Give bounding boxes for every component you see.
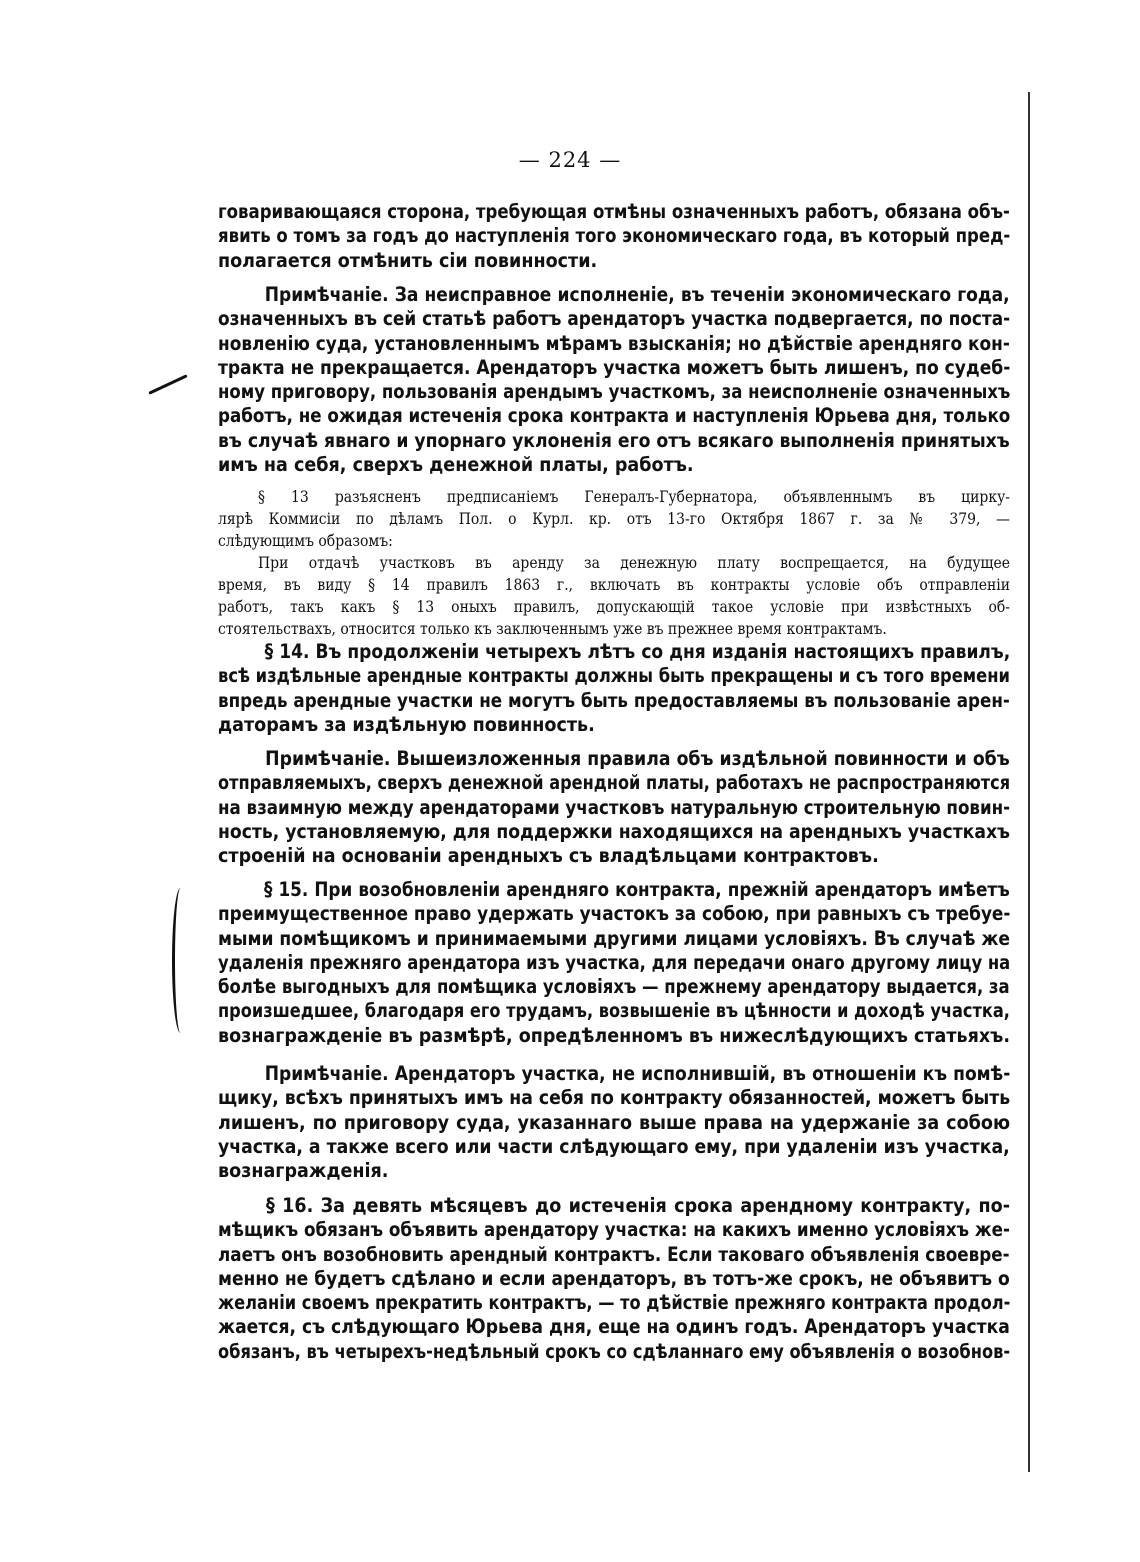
text-line: на взаимную между арендаторами участковъ…: [218, 796, 1010, 820]
text-line: лаетъ онъ возобновить арендный контрактъ…: [218, 1243, 1010, 1267]
text-line: Примѣчаніе. Вышеизложенныя правила объ и…: [218, 747, 1010, 771]
text-line: При отдачѣ участковъ въ аренду за денежн…: [218, 552, 1010, 574]
paragraph-section-14: § 14. Въ продолженіи четырехъ лѣтъ со дн…: [218, 640, 1010, 737]
text-line: § 14. Въ продолженіи четырехъ лѣтъ со дн…: [218, 640, 1010, 664]
text-line: менно не будетъ сдѣлано и если арендатор…: [218, 1267, 1010, 1291]
paragraph-note-3: Примѣчаніе. Арендаторъ участка, не испол…: [218, 1062, 1010, 1183]
text-line: строеній на основаніи арендныхъ съ владѣ…: [218, 844, 1010, 868]
text-line: даторамъ за издѣльную повинность.: [218, 713, 1010, 737]
paragraph-commentary: § 13 разъясненъ предписаніемъ Генералъ-Г…: [218, 486, 1010, 640]
text-line: тракта не прекращается. Арендаторъ участ…: [218, 356, 1010, 380]
text-line: говаривающаяся сторона, требующая отмѣны…: [218, 200, 1010, 224]
text-line: всѣ издѣльные арендные контракты должны …: [218, 664, 1010, 688]
text-line: § 16. За девять мѣсяцевъ до истеченія ср…: [218, 1194, 1010, 1218]
text-line: жается, съ слѣдующаго Юрьева дня, еще на…: [218, 1315, 1010, 1339]
text-line: Примѣчаніе. За неисправное исполненіе, в…: [218, 283, 1010, 307]
text-line: обязанъ, въ четырехъ-недѣльный срокъ со …: [218, 1340, 1010, 1364]
text-line: имъ на себя, сверхъ денежной платы, рабо…: [218, 453, 1010, 477]
text-line: отправляемыхъ, сверхъ денежной арендной …: [218, 771, 1010, 795]
text-line: удаленія прежняго арендатора изъ участка…: [218, 951, 1010, 975]
text-line: участка, а также всего или части слѣдующ…: [218, 1135, 1010, 1159]
paragraph-section-16: § 16. За девять мѣсяцевъ до истеченія ср…: [218, 1194, 1010, 1364]
text-line: полагается отмѣнить сіи повинности.: [218, 249, 1010, 273]
text-line: новленію суда, установленнымъ мѣрамъ взы…: [218, 332, 1010, 356]
text-line: произшедшее, благодаря его трудамъ, возв…: [218, 999, 1010, 1023]
text-line: ному приговору, пользованія арендымъ уча…: [218, 380, 1010, 404]
pen-stroke-mark-icon: [148, 374, 187, 394]
document-page: — 224 — говаривающаяся сторона, требующа…: [0, 0, 1140, 1562]
text-line: стоятельствахъ, относится только къ закл…: [218, 618, 1010, 640]
text-line: слѣдующимъ образомъ:: [218, 530, 1010, 552]
text-line: преимущественное право удержать участокъ…: [218, 902, 1010, 926]
text-line: щику, всѣхъ принятыхъ имъ на себя по кон…: [218, 1086, 1010, 1110]
paragraph-continuation: говаривающаяся сторона, требующая отмѣны…: [218, 200, 1010, 273]
paragraph-note-1: Примѣчаніе. За неисправное исполненіе, в…: [218, 283, 1010, 477]
text-line: въ случаѣ явнаго и упорнаго уклоненія ег…: [218, 429, 1010, 453]
text-line: ность, установляемую, для поддержки нахо…: [218, 820, 1010, 844]
text-line: впредь арендные участки не могутъ быть п…: [218, 689, 1010, 713]
text-line: работъ, не ожидая истеченія срока контра…: [218, 404, 1010, 428]
text-line: мыми помѣщикомъ и принимаемыми другими л…: [218, 927, 1010, 951]
text-line: мѣщикъ обязанъ объявить арендатору участ…: [218, 1218, 1010, 1242]
text-line: лишенъ, по приговору суда, указаннаго вы…: [218, 1111, 1010, 1135]
text-line: вознагражденіе въ размѣрѣ, опредѣленномъ…: [218, 1024, 1010, 1048]
text-line: § 13 разъясненъ предписаніемъ Генералъ-Г…: [218, 486, 1010, 508]
paragraph-section-15: § 15. При возобновленіи арендняго контра…: [218, 878, 1010, 1048]
page-edge-rule: [1028, 92, 1030, 1472]
text-line: § 15. При возобновленіи арендняго контра…: [218, 878, 1010, 902]
text-line: болѣе выгодныхъ для помѣщика условіяхъ —…: [218, 975, 1010, 999]
text-line: Примѣчаніе. Арендаторъ участка, не испол…: [218, 1062, 1010, 1086]
text-line: означенныхъ въ сей статьѣ работъ арендат…: [218, 307, 1010, 331]
margin-bracket-mark-icon: [172, 888, 189, 1033]
page-number: — 224 —: [0, 148, 1140, 172]
paragraph-note-2: Примѣчаніе. Вышеизложенныя правила объ и…: [218, 747, 1010, 868]
text-line: лярѣ Коммисіи по дѣламъ Пол. о Курл. кр.…: [218, 508, 1010, 530]
text-line: явить о томъ за годъ до наступленія того…: [218, 224, 1010, 248]
text-line: работъ, такъ какъ § 13 оныхъ правилъ, до…: [218, 596, 1010, 618]
text-line: вознагражденія.: [218, 1159, 1010, 1183]
text-line: желаніи своемъ прекратить контрактъ, — т…: [218, 1291, 1010, 1315]
text-line: время, въ виду § 14 правилъ 1863 г., вкл…: [218, 574, 1010, 596]
